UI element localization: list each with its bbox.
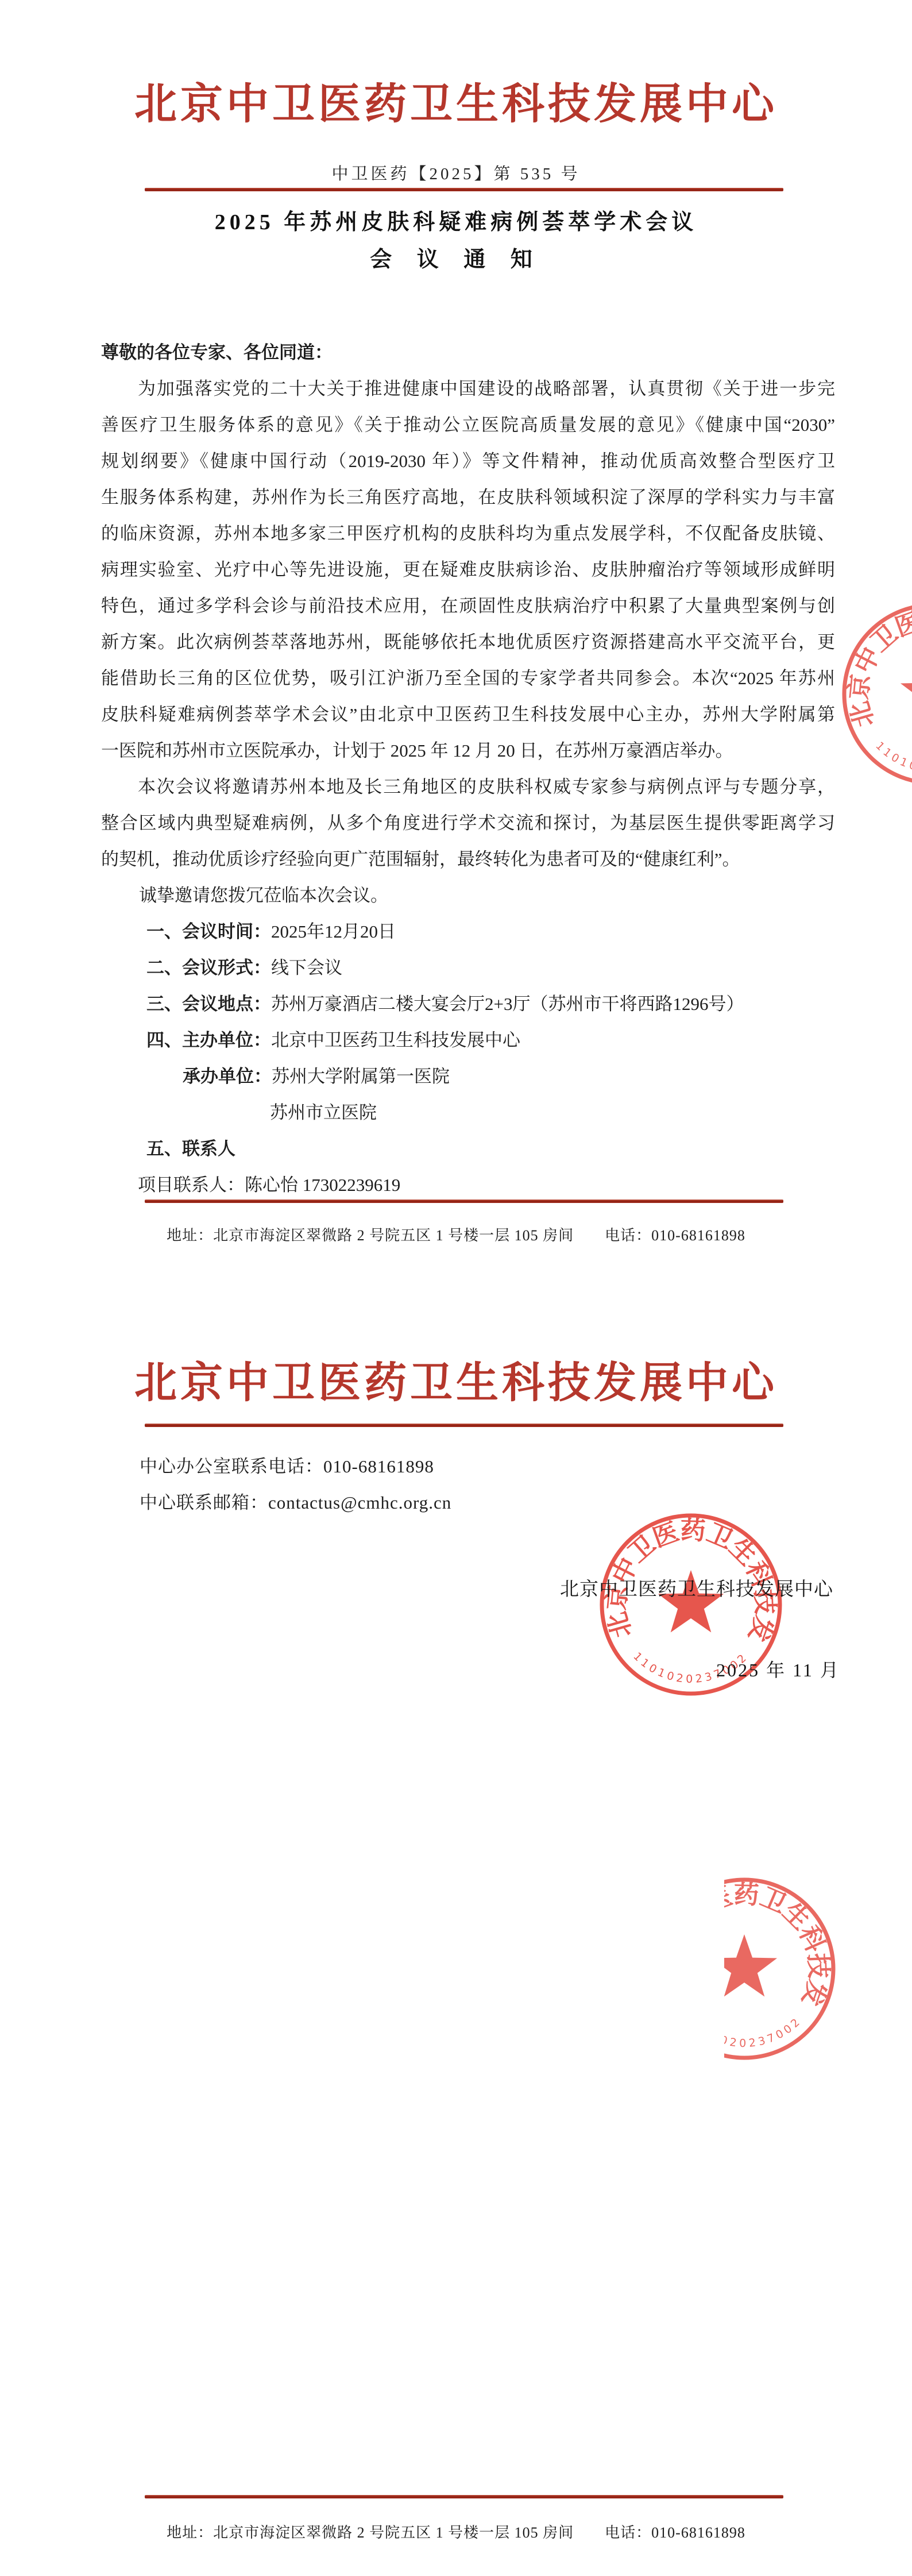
paragraph1-line: 善医疗卫生服务体系的意见》《关于推动公立医院高质量发展的意见》《健康中国“203…	[101, 407, 835, 443]
co-organizer-line2: 苏州市立医院	[101, 1094, 835, 1131]
co-organizer-value: 苏州大学附属第一医院	[272, 1066, 450, 1086]
list-item-label: 四、主办单位：	[146, 1030, 271, 1050]
svg-text:北京中卫医药卫生科技发展中心: 北京中卫医药卫生科技发展中心	[724, 1874, 833, 2010]
star-icon	[724, 1934, 777, 1997]
list-item-value: 2025年12月20日	[271, 921, 396, 942]
paragraph1-line: 特色，通过多学科会诊与前沿技术应用，在顽固性皮肤病治疗中积累了大量典型案例与创	[101, 588, 835, 624]
list-item-time: 一、会议时间：2025年12月20日	[101, 913, 835, 950]
scanned-conference-notice: 北京中卫医药卫生科技发展中心 中卫医药【2025】第 535 号 2025 年苏…	[0, 0, 912, 2576]
signature-date: 2025 年 11 月	[712, 1656, 844, 1682]
letterhead-rule-page2	[145, 1424, 783, 1427]
letterhead-title-page1: 北京中卫医药卫生科技发展中心	[0, 70, 912, 131]
list-item-format: 二、会议形式：线下会议	[101, 950, 835, 986]
letterhead-title-page2: 北京中卫医药卫生科技发展中心	[0, 1349, 912, 1410]
paragraph2-line: 的契机，推动优质诊疗经验向更广范围辐射，最终转化为患者可及的“健康红利”。	[101, 841, 835, 877]
signature-org: 北京中卫医药卫生科技发展中心	[560, 1574, 833, 1601]
paragraph1-line: 规划纲要》《健康中国行动（2019-2030 年）》等文件精神，推动优质高效整合…	[101, 443, 835, 479]
paragraph1-line: 的临床资源，苏州本地多家三甲医疗机构的皮肤科均为重点发展学科，不仅配备皮肤镜、	[101, 515, 835, 552]
seal-ring-text: 北京中卫医药卫生科技发展中心	[724, 1874, 833, 2010]
notice-title: 会 议 通 知	[0, 241, 912, 273]
office-phone-line: 中心办公室联系电话：010-68161898	[140, 1452, 434, 1478]
svg-text:1101020237002: 1101020237002	[873, 739, 912, 775]
paragraph1-line: 能借助长三角的区位优势，吸引江沪浙乃至全国的专家学者共同参会。本次“2025 年…	[101, 660, 835, 696]
co-organizer-line: 承办单位：苏州大学附属第一医院	[101, 1058, 835, 1094]
list-item-label: 二、会议形式：	[146, 958, 271, 978]
paragraph1-line: 新方案。此次病例荟萃落地苏州，既能够依托本地优质医疗资源搭建高水平交流平台，更	[101, 624, 835, 660]
doc-number: 中卫医药【2025】第 535 号	[0, 161, 912, 184]
seal-serial: 1101020237002	[873, 739, 912, 775]
paragraph1-line: 皮肤科疑难病例荟萃学术会议”由北京中卫医药卫生科技发展中心主办，苏州大学附属第	[101, 696, 835, 732]
official-seal: 北京中卫医药卫生科技发展中心 1101020237002	[724, 1874, 839, 2064]
list-item-value: 线下会议	[271, 958, 342, 978]
paragraph1-line: 生服务体系构建，苏州作为长三角医疗高地，在皮肤科领域积淀了深厚的学科实力与丰富	[101, 479, 835, 515]
invitation-line: 诚挚邀请您拨冗莅临本次会议。	[101, 877, 835, 913]
letterhead-rule-page1	[145, 188, 783, 191]
list-item-value: 苏州万豪酒店二楼大宴会厅2+3厅（苏州市干将西路1296号）	[271, 994, 744, 1014]
list-item-host: 四、主办单位：北京中卫医药卫生科技发展中心	[101, 1022, 835, 1058]
footer-address-page1: 地址：北京市海淀区翠微路 2 号院五区 1 号楼一层 105 房间 电话：010…	[0, 1224, 912, 1245]
list-item-venue: 三、会议地点：苏州万豪酒店二楼大宴会厅2+3厅（苏州市干将西路1296号）	[101, 986, 835, 1022]
list-item-label: 三、会议地点：	[146, 994, 271, 1014]
conference-title: 2025 年苏州皮肤科疑难病例荟萃学术会议	[0, 204, 912, 236]
paragraph1-line: 为加强落实党的二十大关于推进健康中国建设的战略部署，认真贯彻《关于进一步完	[101, 371, 835, 407]
paragraph1-line: 病理实验室、光疗中心等先进设施，更在疑难皮肤病诊治、皮肤肿瘤治疗等领域形成鲜明	[101, 552, 835, 588]
footer-address-page2: 地址：北京市海淀区翠微路 2 号院五区 1 号楼一层 105 房间 电话：010…	[0, 2521, 912, 2542]
contact-heading: 五、联系人	[101, 1131, 835, 1167]
office-email-line: 中心联系邮箱：contactus@cmhc.org.cn	[140, 1488, 451, 1514]
notice-body: 尊敬的各位专家、各位同道： 为加强落实党的二十大关于推进健康中国建设的战略部署，…	[101, 334, 835, 1203]
list-item-value: 北京中卫医药卫生科技发展中心	[271, 1030, 520, 1050]
paragraph1-line: 一医院和苏州市立医院承办，计划于 2025 年 12 月 20 日，在苏州万豪酒…	[101, 732, 835, 769]
co-organizer-label: 承办单位：	[183, 1066, 272, 1086]
official-seal: 北京中卫医药卫生科技发展中心 1101020237002	[838, 599, 912, 789]
partial-seal-right-edge: 北京中卫医药卫生科技发展中心 1101020237002	[836, 596, 912, 795]
list-item-label: 一、会议时间：	[146, 921, 271, 942]
contact-person-line: 项目联系人：陈心怡 17302239619	[101, 1167, 835, 1203]
paragraph2-line: 整合区域内典型疑难病例，从多个角度进行学术交流和探讨，为基层医生提供零距离学习	[101, 805, 835, 841]
salutation: 尊敬的各位专家、各位同道：	[101, 334, 835, 371]
footer-rule-page2	[145, 2495, 783, 2498]
partial-seal-bottom: 北京中卫医药卫生科技发展中心 1101020237002	[724, 1872, 845, 2067]
paragraph2-line: 本次会议将邀请苏州本地及长三角地区的皮肤科权威专家参与病例点评与专题分享，	[101, 769, 835, 805]
star-icon	[901, 660, 912, 722]
